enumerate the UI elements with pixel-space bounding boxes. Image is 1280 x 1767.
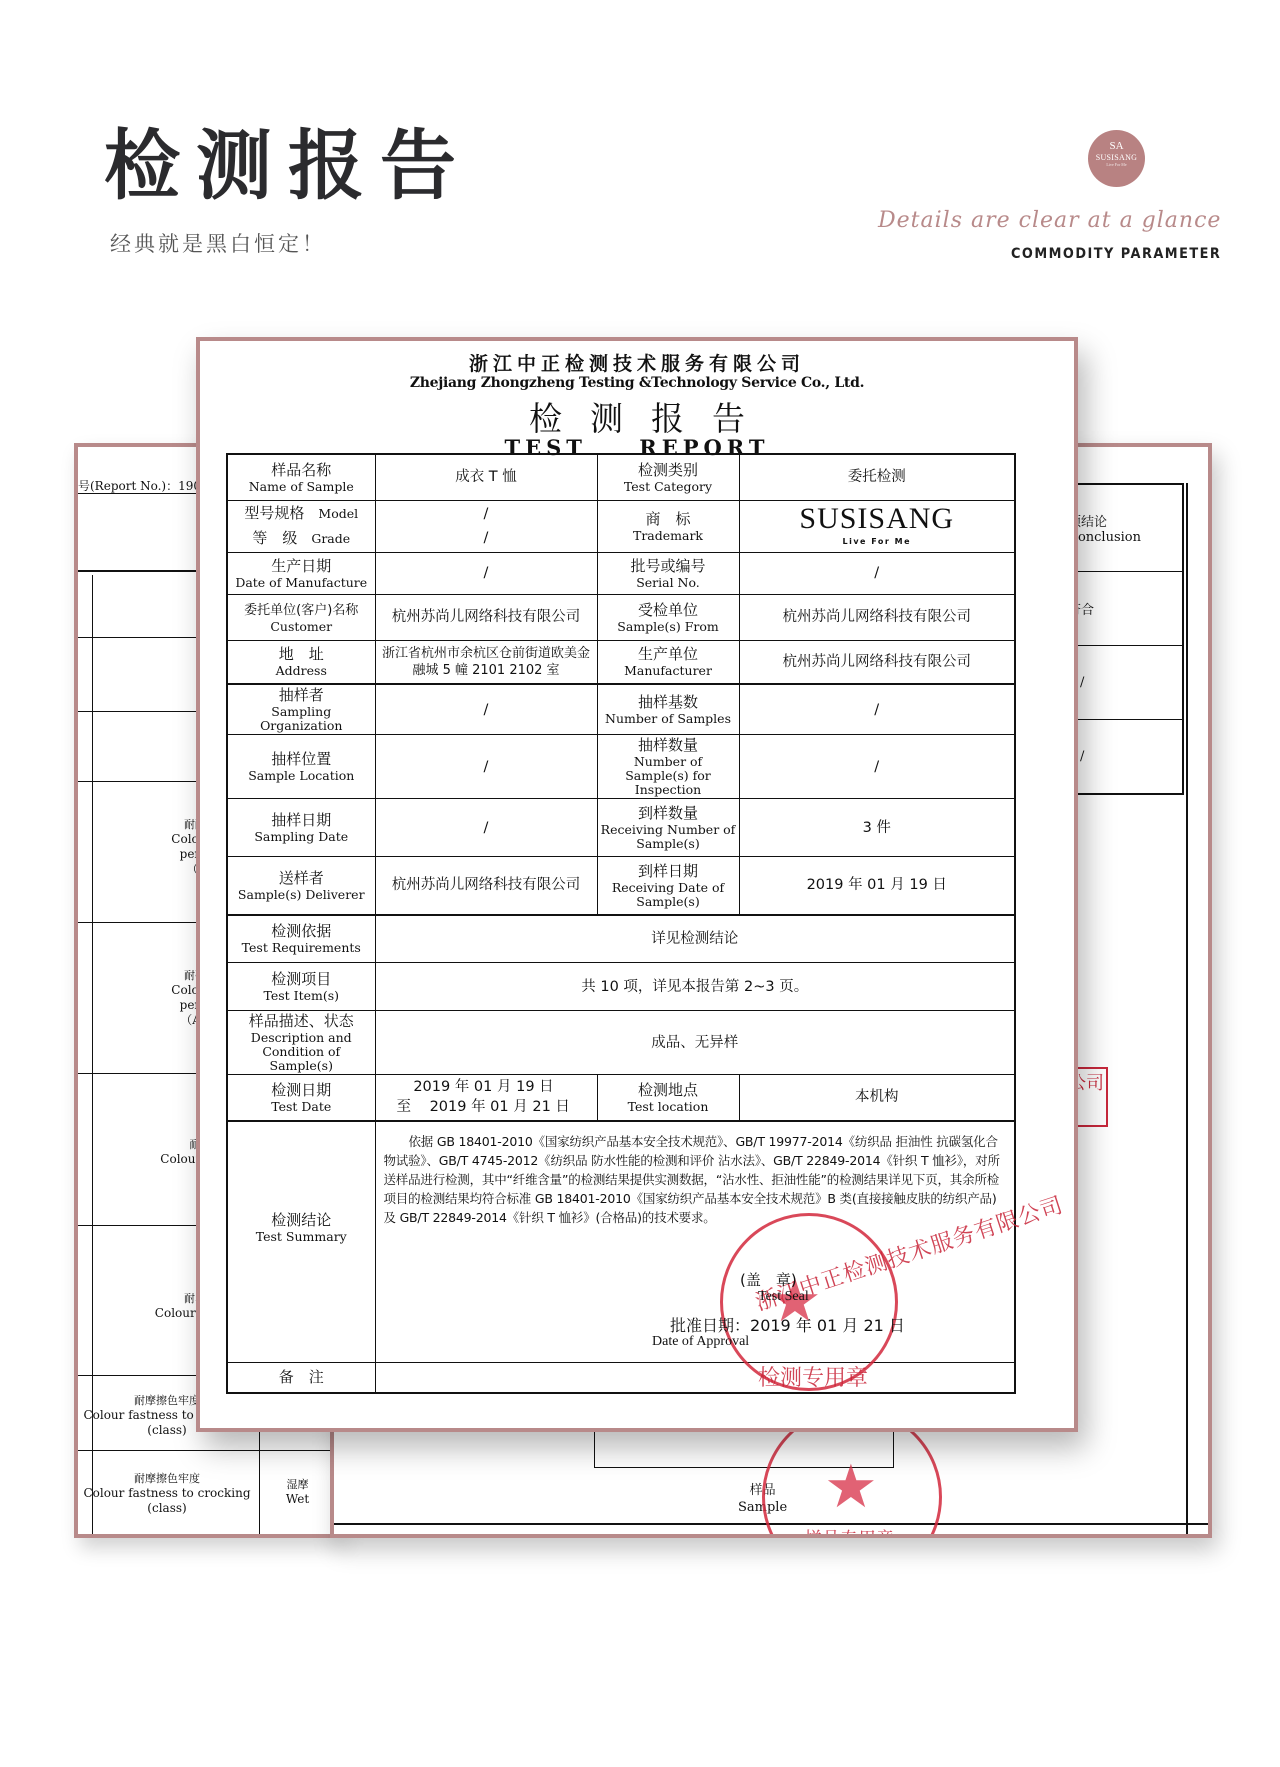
conclusion-header: 项结论 Conclusion bbox=[1064, 485, 1182, 571]
table-row: 备 注 bbox=[227, 1363, 1015, 1393]
conclusion-value: 符合 bbox=[1064, 571, 1182, 645]
field-value: / bbox=[375, 552, 597, 594]
sub-label-wet: 湿摩 Wet bbox=[259, 1477, 336, 1507]
report-number: 号(Report No.)：1900 bbox=[78, 477, 209, 494]
star-icon: ★ bbox=[824, 1457, 878, 1517]
field-label: 地 址Address bbox=[227, 640, 375, 684]
company-name-en: Zhejiang Zhongzheng Testing &Technology … bbox=[200, 375, 1074, 391]
field-label: 批号或编号Serial No. bbox=[597, 552, 739, 594]
field-value: 委托检测 bbox=[739, 454, 1015, 500]
table-row: 样品名称Name of Sample 成衣 T 恤 检测类别Test Categ… bbox=[227, 454, 1015, 500]
field-label: 检测依据Test Requirements bbox=[227, 915, 375, 963]
field-label: 到样日期Receiving Date of Sample(s) bbox=[597, 857, 739, 915]
field-label: 受检单位Sample(s) From bbox=[597, 594, 739, 640]
seal-label-zh: (盖 章) bbox=[740, 1269, 797, 1290]
field-label: 委托单位(客户)名称Customer bbox=[227, 594, 375, 640]
table-border bbox=[92, 575, 93, 1534]
brand-logo-badge: SA SUSISANG Live For Me bbox=[1088, 130, 1145, 187]
field-label: 抽样基数Number of Samples bbox=[597, 684, 739, 735]
approval-date: 批准日期：2019 年 01 月 21 日 bbox=[670, 1313, 905, 1336]
table-row: 抽样位置Sample Location / 抽样数量Number of Samp… bbox=[227, 735, 1015, 799]
field-value: 杭州苏尚儿网络科技有限公司 bbox=[739, 640, 1015, 684]
company-name-zh: 浙江中正检测技术服务有限公司 bbox=[200, 349, 1074, 376]
field-label: 检测地点Test location bbox=[597, 1075, 739, 1121]
field-value: 本机构 bbox=[739, 1075, 1015, 1121]
conclusion-column: 项结论 Conclusion 符合 / / bbox=[1064, 483, 1184, 795]
page-title: 检测报告 bbox=[104, 128, 472, 204]
report-title-zh: 检测报告 bbox=[200, 393, 1074, 440]
field-value: 成品、无异样 bbox=[375, 1011, 1015, 1075]
table-row: 样品描述、状态Description and Condition of Samp… bbox=[227, 1011, 1015, 1075]
field-value: / bbox=[739, 684, 1015, 735]
conclusion-value: / bbox=[1064, 645, 1182, 719]
field-label: 检测项目Test Item(s) bbox=[227, 963, 375, 1011]
field-value: 杭州苏尚儿网络科技有限公司 bbox=[375, 594, 597, 640]
table-row: 型号规格Model 等 级Grade / / 商 标Trademark SUSI… bbox=[227, 500, 1015, 552]
field-value: 杭州苏尚儿网络科技有限公司 bbox=[739, 594, 1015, 640]
field-value: / bbox=[739, 735, 1015, 799]
field-label: 检测结论Test Summary bbox=[227, 1121, 375, 1363]
field-value: 详见检测结论 bbox=[375, 915, 1015, 963]
field-label: 检测类别Test Category bbox=[597, 454, 739, 500]
field-value: / bbox=[375, 684, 597, 735]
field-label: 抽样数量Number of Sample(s) for Inspection bbox=[597, 735, 739, 799]
field-value: / / bbox=[375, 500, 597, 552]
brand-slogan: Live For Me bbox=[1088, 162, 1145, 167]
seal-bottom-text: 样品专用章 bbox=[804, 1525, 894, 1538]
field-label: 样品名称Name of Sample bbox=[227, 454, 375, 500]
table-row: 地 址Address 浙江省杭州市余杭区仓前街道欧美金融城 5 幢 2101 2… bbox=[227, 640, 1015, 684]
brand-monogram: SA bbox=[1088, 139, 1145, 153]
field-value: 浙江省杭州市余杭区仓前街道欧美金融城 5 幢 2101 2102 室 bbox=[375, 640, 597, 684]
field-label: 型号规格Model 等 级Grade bbox=[227, 500, 375, 552]
field-value: / bbox=[375, 799, 597, 857]
page-subtitle: 经典就是黑白恒定！ bbox=[110, 228, 326, 258]
field-label: 到样数量Receiving Number of Sample(s) bbox=[597, 799, 739, 857]
table-row: 检测项目Test Item(s) 共 10 项，详见本报告第 2~3 页。 bbox=[227, 963, 1015, 1011]
field-label: 生产日期Date of Manufacture bbox=[227, 552, 375, 594]
field-label: 抽样日期Sampling Date bbox=[227, 799, 375, 857]
field-value: / bbox=[375, 735, 597, 799]
trademark-logo: SUSISANG Live For Me bbox=[739, 500, 1015, 552]
table-row: 送样者Sample(s) Deliverer 杭州苏尚儿网络科技有限公司 到样日… bbox=[227, 857, 1015, 915]
brand-name: SUSISANG bbox=[1088, 153, 1145, 162]
seal-label-en: Test Seal bbox=[758, 1289, 809, 1305]
tagline: Details are clear at a glance bbox=[878, 208, 1221, 233]
report-page-front: 浙江中正检测技术服务有限公司 Zhejiang Zhongzheng Testi… bbox=[196, 337, 1078, 1432]
field-label: 样品描述、状态Description and Condition of Samp… bbox=[227, 1011, 375, 1075]
field-label: 生产单位Manufacturer bbox=[597, 640, 739, 684]
table-row: 委托单位(客户)名称Customer 杭州苏尚儿网络科技有限公司 受检单位Sam… bbox=[227, 594, 1015, 640]
field-value: 2019 年 01 月 19 日 bbox=[739, 857, 1015, 915]
table-row: 检测日期Test Date 2019 年 01 月 19 日 至2019 年 0… bbox=[227, 1075, 1015, 1121]
field-label: 商 标Trademark bbox=[597, 500, 739, 552]
test-date-range: 2019 年 01 月 19 日 至2019 年 01 月 21 日 bbox=[375, 1075, 597, 1121]
section-label: COMMODITY PARAMETER bbox=[1011, 246, 1221, 262]
divider bbox=[78, 1450, 336, 1451]
table-row: 检测依据Test Requirements 详见检测结论 bbox=[227, 915, 1015, 963]
field-label: 备 注 bbox=[227, 1363, 375, 1393]
conclusion-value: / bbox=[1064, 719, 1182, 793]
field-value: 杭州苏尚儿网络科技有限公司 bbox=[375, 857, 597, 915]
field-label: 送样者Sample(s) Deliverer bbox=[227, 857, 375, 915]
field-value: / bbox=[739, 552, 1015, 594]
approval-label-en: Date of Approval bbox=[652, 1334, 749, 1350]
table-row: 生产日期Date of Manufacture / 批号或编号Serial No… bbox=[227, 552, 1015, 594]
field-value: 共 10 项，详见本报告第 2~3 页。 bbox=[375, 963, 1015, 1011]
field-label: 抽样者Sampling Organization bbox=[227, 684, 375, 735]
field-label: 检测日期Test Date bbox=[227, 1075, 375, 1121]
test-item-label: 耐摩擦色牢度 Colour fastness to crocking (clas… bbox=[78, 1471, 256, 1516]
seal-bottom-text: 检测专用章 bbox=[758, 1361, 868, 1392]
table-row: 抽样者Sampling Organization / 抽样基数Number of… bbox=[227, 684, 1015, 735]
table-row: 抽样日期Sampling Date / 到样数量Receiving Number… bbox=[227, 799, 1015, 857]
field-value: 成衣 T 恤 bbox=[375, 454, 597, 500]
field-label: 抽样位置Sample Location bbox=[227, 735, 375, 799]
table-border bbox=[1186, 483, 1188, 1534]
field-value: 3 件 bbox=[739, 799, 1015, 857]
